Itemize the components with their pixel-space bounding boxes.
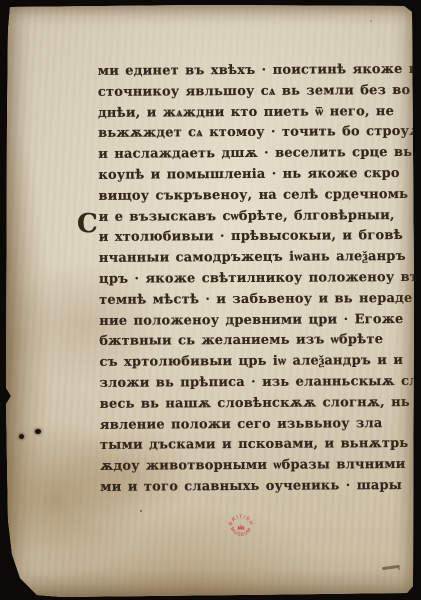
manuscript-text-line: бжтвныи сь желаниемь изъ ѡбрѣте — [99, 331, 376, 353]
manuscript-text-line: днѣи, и жѧждни кто пиеть ѿ него, не — [98, 102, 375, 124]
manuscript-text-line: цръ · якоже свѣтилникоу положеноу въ — [99, 268, 376, 290]
manuscript-text-line: темнѣ мѣстѣ · и забьвеноу и вь нераде — [99, 289, 376, 311]
manuscript-text-line: весь вь нашѫ словѣнскѫѫ слогнѫ, нь — [100, 393, 377, 415]
decorated-initial-letter: С — [77, 209, 98, 239]
manuscript-text-line: нчанныи самодръжецъ іѡань алеѯанръ — [99, 247, 376, 269]
manuscript-text-line: и наслаждаеть дшѫ · веселить срце вь — [98, 143, 375, 165]
manuscript-text-line: сточникоу явльшоу сѧ вь земли без во — [98, 81, 375, 103]
ink-speck — [140, 510, 142, 512]
manuscript-text-line: зложи вь прѣписа · изь еланньскыѫ сло — [100, 372, 377, 394]
manuscript-photo: ми единет въ хвѣхъ · поистинѣ якоже исто… — [0, 0, 421, 600]
manuscript-text-line: вищоу съкръвеноу, на селѣ срдечномь — [98, 185, 375, 207]
worm-hole — [19, 434, 24, 439]
text-block: ми единет въ хвѣхъ · поистинѣ якоже исто… — [98, 60, 378, 498]
manuscript-text-line: ми единет въ хвѣхъ · поистинѣ якоже и — [98, 60, 375, 82]
parchment-scratch — [382, 565, 400, 570]
parchment-page: ми единет въ хвѣхъ · поистинѣ якоже исто… — [0, 0, 421, 600]
manuscript-text-line: ние положеноу древними цри · Егоже — [99, 310, 376, 332]
manuscript-text-line: явление положи сего изьвьноу зла — [100, 414, 377, 436]
manuscript-text-line: коупѣ и помышленіа · нь якоже скро — [98, 164, 375, 186]
crown-icon — [237, 524, 244, 530]
manuscript-text-line: и хтолюбивыи · прѣвысокыи, и бговѣ — [99, 227, 376, 249]
manuscript-text-line: тыми дъсками и псковами, и вьнѫтрь — [100, 434, 377, 456]
manuscript-text-line: ми и того славныхь оученикь · шары — [100, 476, 377, 498]
manuscript-text-line: вьжѫждет сѧ ктомоу · точить бо строуѫ — [98, 123, 375, 145]
manuscript-text-line: съ хртолюбивыи црь іѡ алеѯандръ и и — [99, 351, 376, 373]
worm-hole — [35, 429, 41, 434]
manuscript-text-line: и е възыскавъ сѡбрѣте, блговѣрныи, — [99, 206, 376, 228]
manuscript-text-line: ѫдоу животворными ѡбразы влчними — [100, 455, 377, 477]
library-stamp: BRITISH MUSEUM — [226, 511, 256, 541]
